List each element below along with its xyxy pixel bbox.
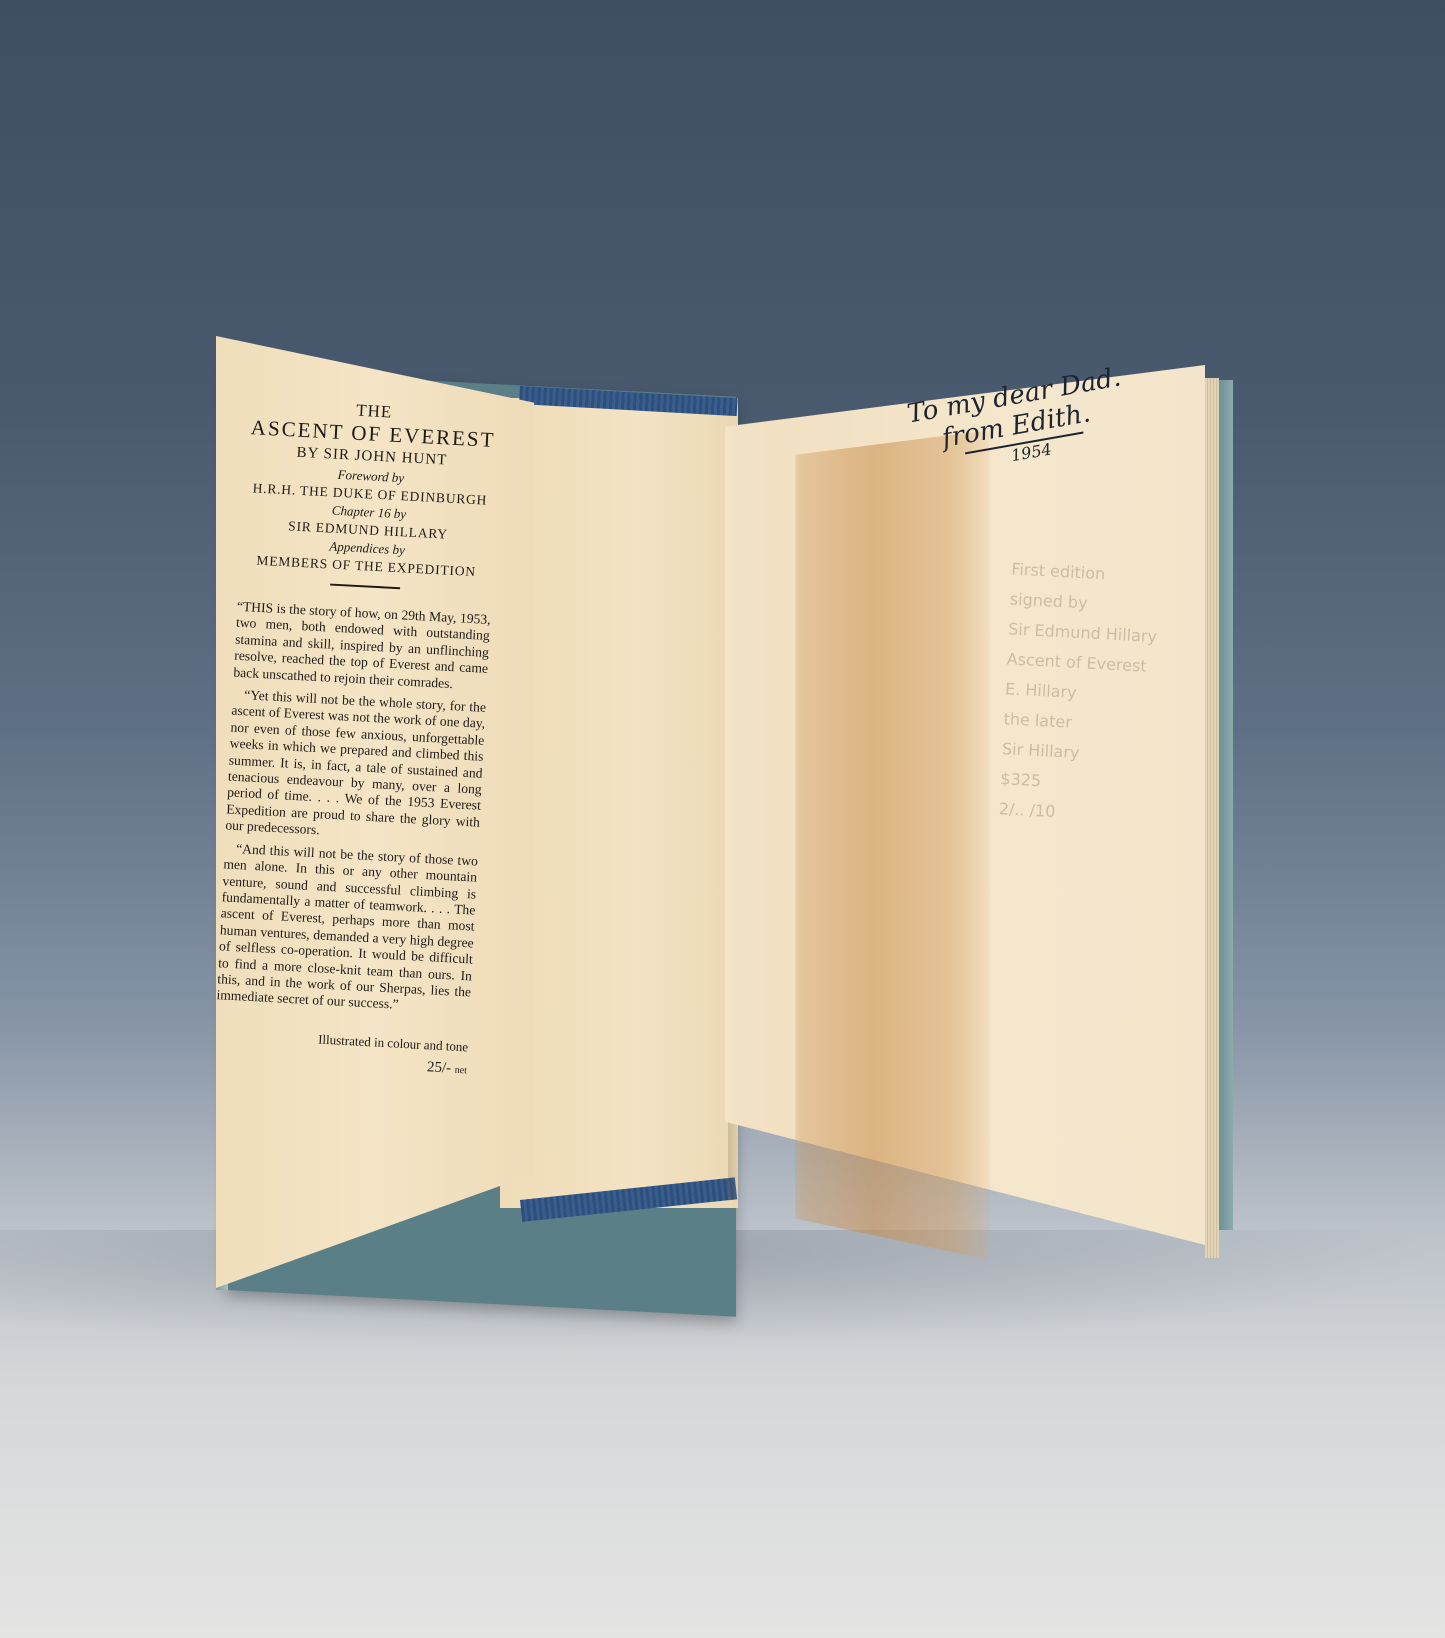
foxing-stain bbox=[795, 430, 990, 1260]
left-endpaper bbox=[500, 398, 738, 1208]
blurb: “THIS is the story of how, on 29th May, … bbox=[216, 599, 491, 1017]
divider-rule bbox=[330, 584, 400, 590]
blurb-paragraph: “THIS is the story of how, on 29th May, … bbox=[233, 599, 491, 694]
blurb-paragraph: “And this will not be the story of those… bbox=[216, 840, 478, 1017]
price-suffix: net bbox=[454, 1065, 467, 1077]
jacket-flap-text: THE ASCENT OF EVEREST BY SIR JOHN HUNT F… bbox=[213, 395, 502, 1078]
blurb-paragraph: “Yet this will not be the whole story, f… bbox=[225, 687, 486, 848]
pencil-notes: First edition signed by Sir Edmund Hilla… bbox=[998, 554, 1232, 835]
price-value: 25/- bbox=[427, 1059, 452, 1076]
front-cover-edge bbox=[1219, 380, 1233, 1230]
